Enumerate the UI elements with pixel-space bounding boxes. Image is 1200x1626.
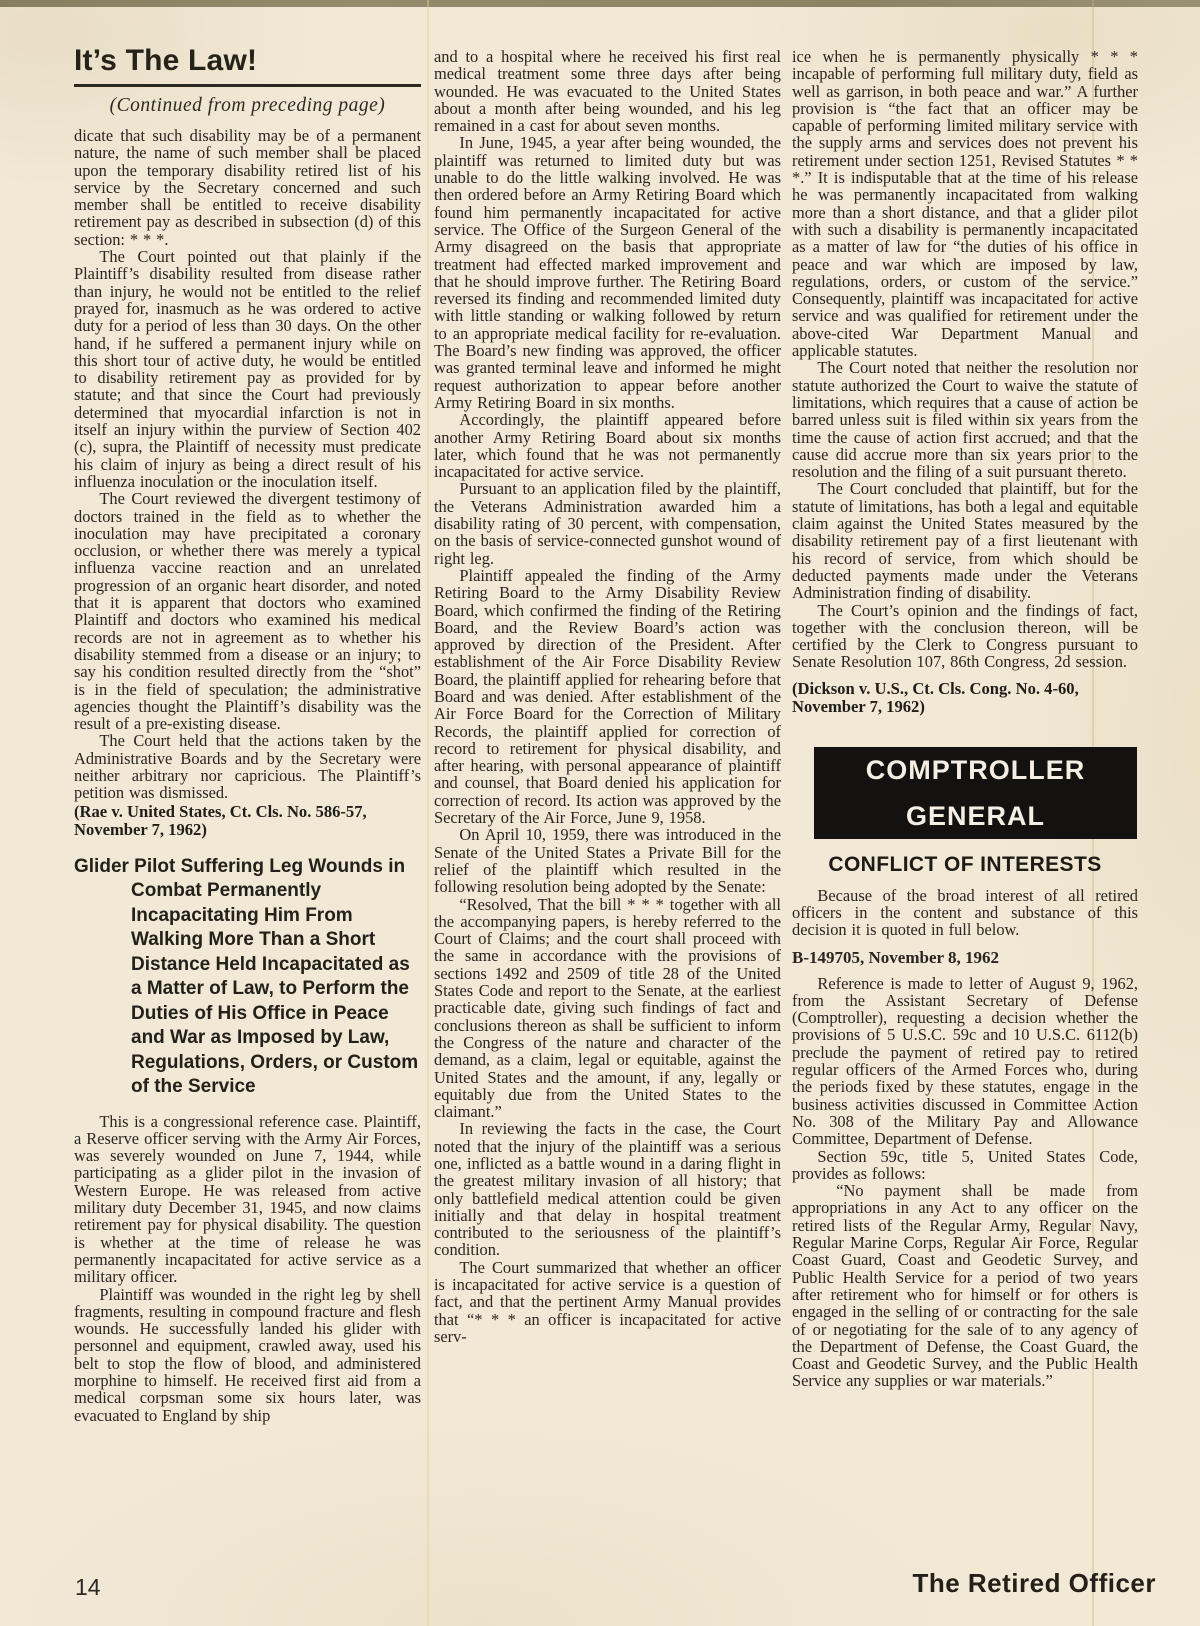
paragraph: Reference is made to letter of August 9,… <box>792 975 1138 1148</box>
paragraph: Accordingly, the plaintiff appeared befo… <box>434 411 781 480</box>
continued-note: (Continued from preceding page) <box>74 95 421 117</box>
conflict-of-interests-heading: CONFLICT OF INTERESTS <box>792 853 1138 877</box>
paragraph: The Court noted that neither the resolut… <box>792 359 1138 480</box>
column-3: ice when he is permanently physically * … <box>792 48 1138 1554</box>
comptroller-general-banner: COMPTROLLER GENERAL <box>814 747 1137 839</box>
paragraph: This is a congressional reference case. … <box>74 1113 421 1286</box>
decision-reference: B-149705, November 8, 1962 <box>792 948 1138 967</box>
paragraph: On April 10, 1959, there was introduced … <box>434 826 781 895</box>
case-citation-dickson: (Dickson v. U.S., Ct. Cls. Cong. No. 4-6… <box>792 680 1138 717</box>
title-rule <box>74 84 421 87</box>
paragraph: Plaintiff was wounded in the right leg b… <box>74 1286 421 1424</box>
article-subhead-glider-pilot: Glider Pilot Suffering Leg Wounds in Com… <box>74 855 421 1100</box>
column-2: and to a hospital where he received his … <box>434 48 781 1554</box>
paragraph: Section 59c, title 5, United States Code… <box>792 1148 1138 1183</box>
case-citation-rae: (Rae v. United States, Ct. Cls. No. 586-… <box>74 803 421 840</box>
paragraph: The Court reviewed the divergent testimo… <box>74 490 421 732</box>
paragraph: “Resolved, That the bill * * * together … <box>434 896 781 1121</box>
page-top-edge-band <box>0 0 1200 7</box>
magazine-page: It’s The Law! (Continued from preceding … <box>0 0 1200 1626</box>
paragraph: “No payment shall be made from appropria… <box>792 1182 1138 1390</box>
paragraph: In June, 1945, a year after being wounde… <box>434 134 781 411</box>
magazine-title-footer: The Retired Officer <box>912 1568 1156 1599</box>
paragraph: In reviewing the facts in the case, the … <box>434 1120 781 1258</box>
paragraph: The Court concluded that plaintiff, but … <box>792 480 1138 601</box>
paragraph: The Court summarized that whether an off… <box>434 1259 781 1345</box>
spacer <box>792 671 1138 679</box>
paper-crease-left <box>427 0 429 1626</box>
page-number: 14 <box>75 1574 101 1601</box>
paragraph: dicate that such disability may be of a … <box>74 127 421 248</box>
paragraph: Because of the broad interest of all ret… <box>792 887 1138 939</box>
paragraph: Plaintiff appealed the finding of the Ar… <box>434 567 781 826</box>
column-1: It’s The Law! (Continued from preceding … <box>74 44 421 1552</box>
paragraph: and to a hospital where he received his … <box>434 48 781 134</box>
paragraph: ice when he is permanently physically * … <box>792 48 1138 359</box>
paragraph: The Court pointed out that plainly if th… <box>74 248 421 490</box>
paragraph: The Court held that the actions taken by… <box>74 732 421 801</box>
section-title-its-the-law: It’s The Law! <box>74 44 421 78</box>
paragraph: Pursuant to an application filed by the … <box>434 480 781 566</box>
paragraph: The Court’s opinion and the findings of … <box>792 602 1138 671</box>
